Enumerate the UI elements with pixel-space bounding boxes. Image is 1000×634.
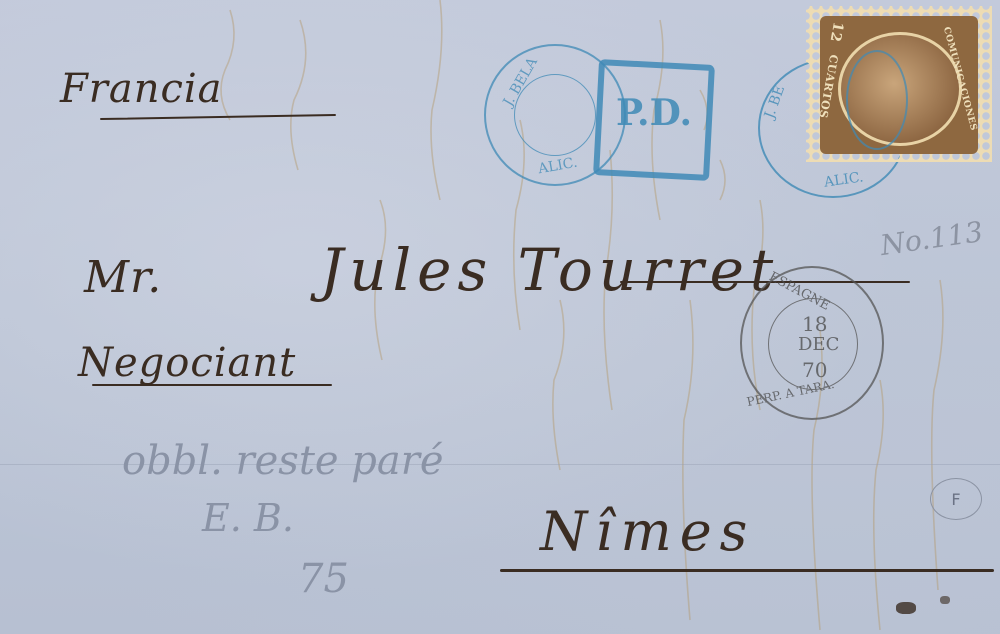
postmark-black-entry-cds: ESPAGNE 18 DEC 70 PERP. A TARA. [740,266,884,420]
routing-underline [100,114,336,120]
postal-cover: J. BELA ALIC. P.D. J. BE ALIC. 12 CUARTO… [0,0,1000,634]
ink-blot [896,602,916,614]
occupation: Negociant [78,340,296,386]
salutation: Mr. [84,252,162,303]
postmark-text: J. BE [762,83,789,120]
pencil-note-line2: E. B. [202,496,294,540]
pencil-note-line1: obbl. reste paré [122,438,444,484]
city-underline [500,569,994,572]
recipient-name: Jules Tourret [320,236,779,304]
pd-handstamp: P.D. [604,92,704,134]
stamp-cancel-ring [846,50,908,150]
postmark-date-month: DEC [798,334,839,355]
postmark-date-day: 18 [802,312,827,336]
routing-instruction: Francia [60,66,223,112]
destination-city: Nîmes [540,500,755,563]
postmark-text: ALIC. [537,155,579,178]
postmark-text: ALIC. [823,169,864,190]
pencil-note-line3: 75 [298,556,349,602]
ink-blot [940,596,950,604]
occupation-underline [92,384,332,386]
circled-f-mark: F [930,478,982,520]
reference-number: No.113 [878,215,985,262]
